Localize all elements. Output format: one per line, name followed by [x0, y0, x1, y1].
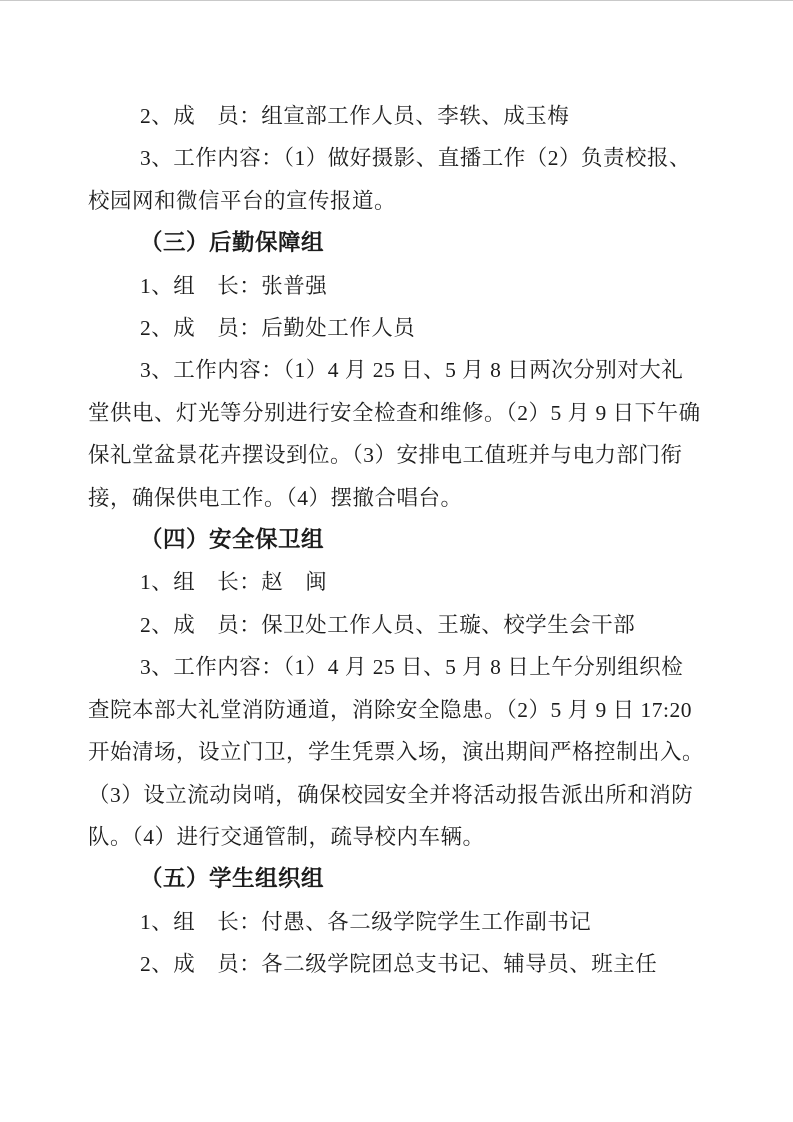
section-heading: （四）安全保卫组 — [88, 519, 704, 561]
page-top-edge — [0, 0, 793, 1]
paragraph: 2、成 员：后勤处工作人员 — [88, 307, 704, 349]
document-page: 2、成 员：组宣部工作人员、李轶、成玉梅3、工作内容：（1）做好摄影、直播工作（… — [0, 0, 793, 1122]
paragraph: 3、工作内容：（1）4 月 25 日、5 月 8 日两次分别对大礼堂供电、灯光等… — [88, 349, 704, 519]
paragraph: 1、组 长：赵 闽 — [88, 561, 704, 603]
paragraph: 2、成 员：各二级学院团总支书记、辅导员、班主任 — [88, 943, 704, 985]
paragraph: 3、工作内容：（1）4 月 25 日、5 月 8 日上午分别组织检查院本部大礼堂… — [88, 646, 704, 858]
paragraph: 1、组 长：付愚、各二级学院学生工作副书记 — [88, 901, 704, 943]
section-heading: （三）后勤保障组 — [88, 222, 704, 264]
paragraph: 3、工作内容：（1）做好摄影、直播工作（2）负责校报、校园网和微信平台的宣传报道… — [88, 137, 704, 222]
paragraph: 2、成 员：保卫处工作人员、王璇、校学生会干部 — [88, 604, 704, 646]
paragraph: 2、成 员：组宣部工作人员、李轶、成玉梅 — [88, 95, 704, 137]
document-body: 2、成 员：组宣部工作人员、李轶、成玉梅3、工作内容：（1）做好摄影、直播工作（… — [88, 95, 704, 986]
paragraph: 1、组 长：张普强 — [88, 265, 704, 307]
section-heading: （五）学生组织组 — [88, 858, 704, 900]
